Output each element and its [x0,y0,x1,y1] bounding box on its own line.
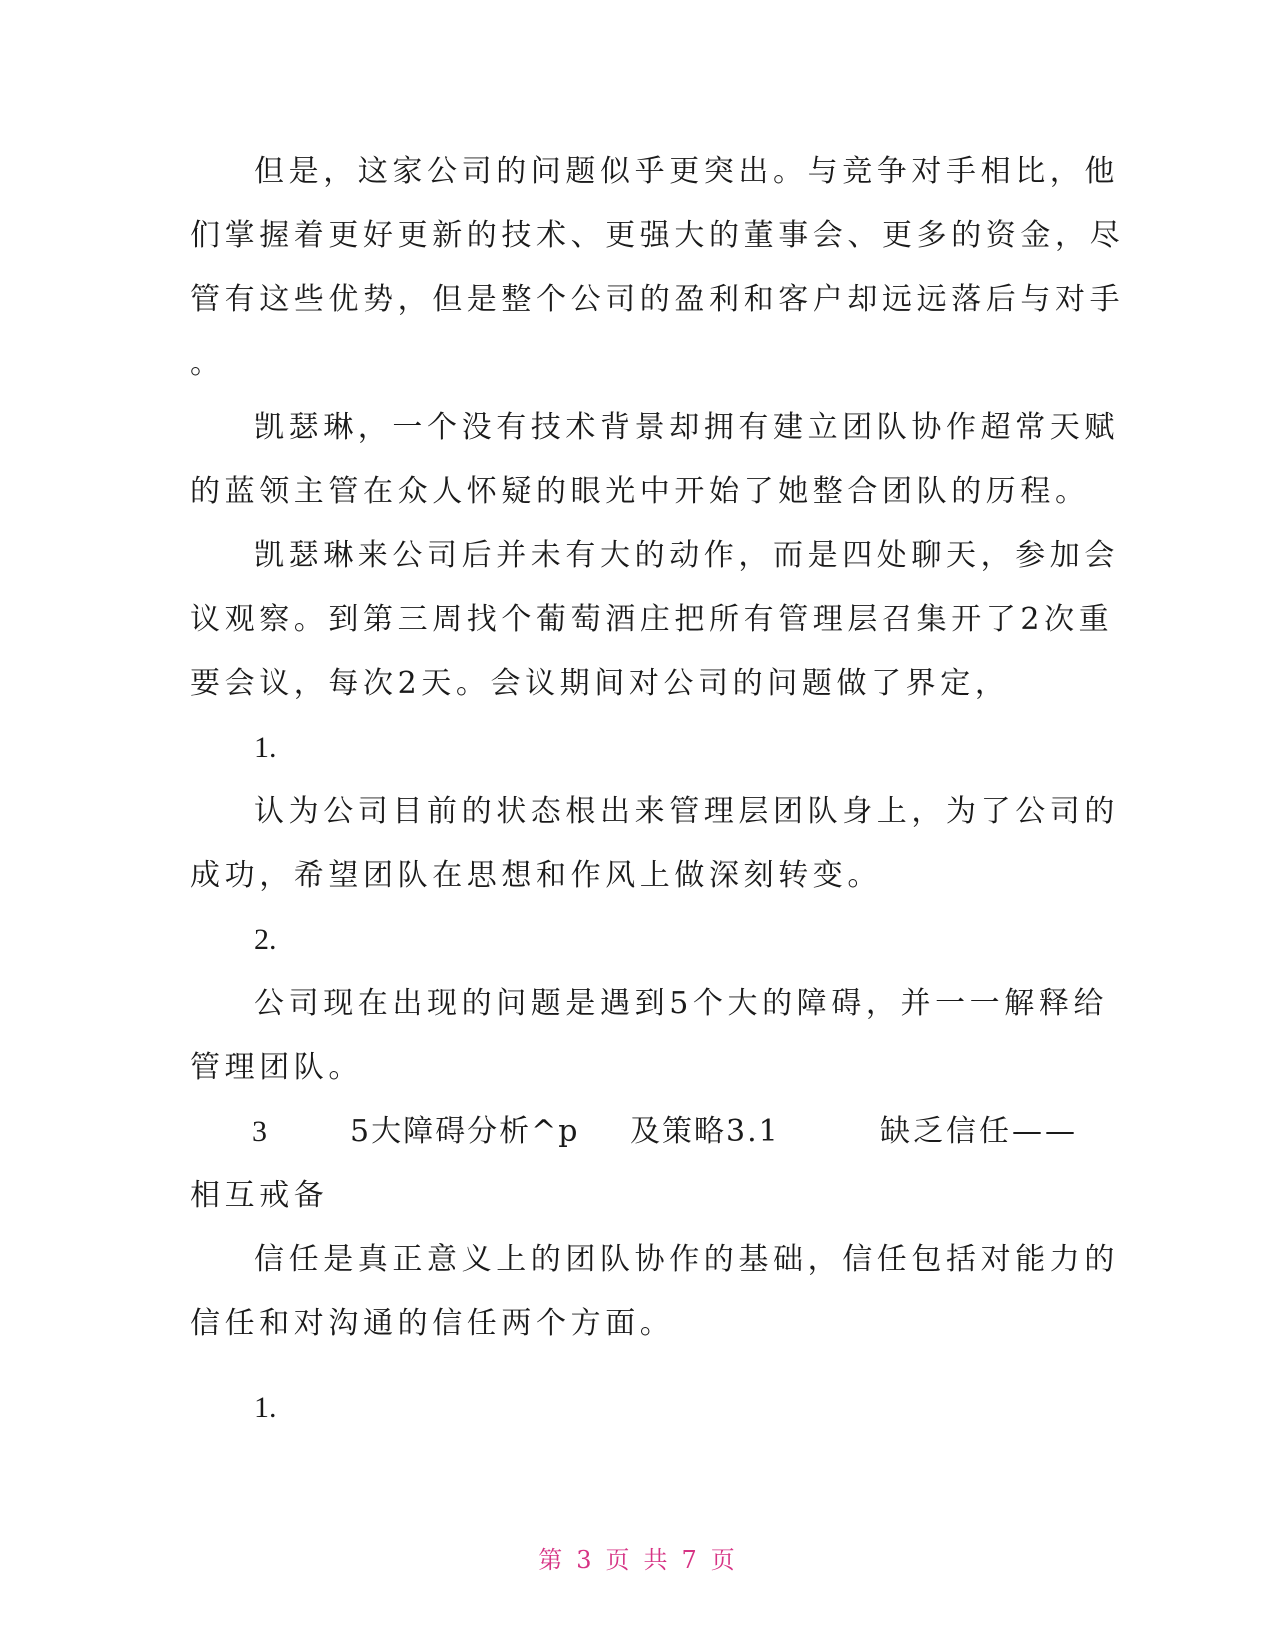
page-footer: 第3页共7页 [0,1545,1275,1575]
heading-continuation: 相互戒备 [190,1176,328,1216]
paragraph-line: 公司现在出现的问题是遇到5个大的障碍，并一一解释给 [254,984,1108,1024]
paragraph-line: 要会议，每次2天。会议期间对公司的问题做了界定， [190,664,1010,704]
footer-prefix: 第 [538,1546,564,1574]
paragraph-line: 议观察。到第三周找个葡萄酒庄把所有管理层召集开了2次重 [190,600,1113,640]
footer-page-unit: 页 [606,1546,632,1574]
paragraph-line: 的蓝领主管在众人怀疑的眼光中开始了她整合团队的历程。 [190,472,1090,512]
paragraph-line: 成功，希望团队在思想和作风上做深刻转变。 [190,856,882,896]
list-number: 2. [254,920,277,960]
paragraph-line: 们掌握着更好更新的技术、更强大的董事会、更多的资金，尽 [190,216,1124,256]
paragraph-line: 凯瑟琳来公司后并未有大的动作，而是四处聊天，参加会 [254,536,1119,576]
list-number: 1. [254,1388,277,1428]
heading-title: 5大障碍分析^p [350,1112,579,1152]
footer-total-unit: 页 [711,1546,737,1574]
footer-total-prefix: 共 [644,1546,670,1574]
heading-subtitle: 缺乏信任—— [880,1112,1078,1152]
paragraph-line: 但是，这家公司的问题似乎更突出。与竞争对手相比，他 [254,152,1119,192]
paragraph-line: 凯瑟琳，一个没有技术背景却拥有建立团队协作超常天赋 [254,408,1119,448]
paragraph-line: 管理团队。 [190,1048,363,1088]
heading-strategy: 及策略3.1 [630,1112,780,1152]
footer-total-pages: 7 [682,1546,699,1574]
document-page: 但是，这家公司的问题似乎更突出。与竞争对手相比，他 们掌握着更好更新的技术、更强… [0,0,1275,1650]
footer-current-page: 3 [576,1546,593,1574]
section-heading: 3 5大障碍分析^p 及策略3.1 缺乏信任—— [0,1112,1275,1152]
paragraph-line: 管有这些优势，但是整个公司的盈利和客户却远远落后与对手 [190,280,1124,320]
paragraph-line: 。 [190,344,225,384]
paragraph-line: 信任和对沟通的信任两个方面。 [190,1304,674,1344]
heading-number: 3 [252,1112,267,1152]
paragraph-line: 信任是真正意义上的团队协作的基础，信任包括对能力的 [254,1240,1119,1280]
list-number: 1. [254,728,277,768]
paragraph-line: 认为公司目前的状态根出来管理层团队身上，为了公司的 [254,792,1119,832]
